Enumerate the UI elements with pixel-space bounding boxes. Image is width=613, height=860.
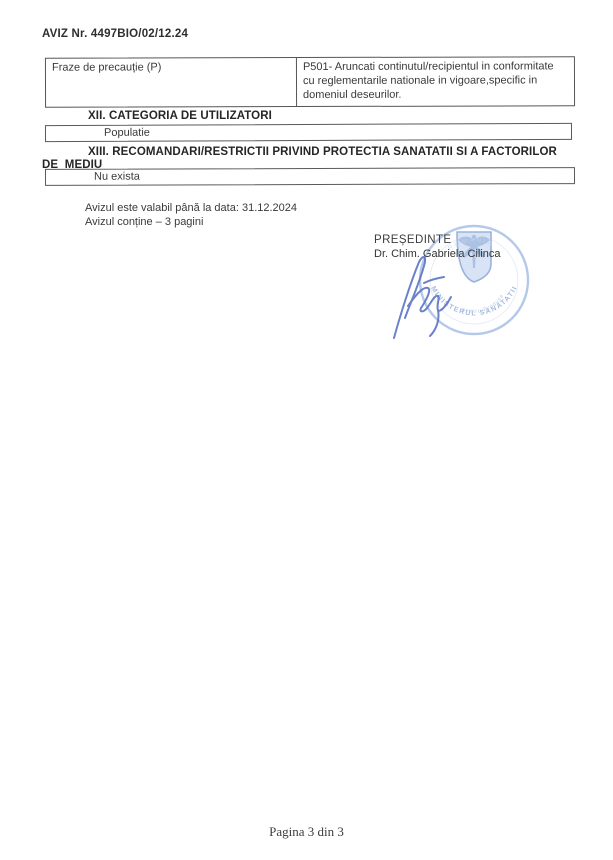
section-13-heading-line1: XIII. RECOMANDARI/RESTRICTII PRIVIND PRO… — [42, 146, 582, 158]
scanned-document-page: AVIZ Nr. 4497BIO/02/12.24 Fraze de preca… — [0, 0, 613, 860]
document-title: AVIZ Nr. 4497BIO/02/12.24 — [42, 28, 188, 40]
section-12-heading: XII. CATEGORIA DE UTILIZATORI — [88, 110, 272, 122]
page-footer: Pagina 3 din 3 — [0, 824, 613, 840]
handwritten-signature-icon — [388, 250, 468, 342]
section-13-value: Nu exista — [46, 168, 574, 185]
validity-note: Avizul este valabil până la data: 31.12.… — [85, 202, 297, 214]
section-12-value: Populatie — [46, 124, 571, 141]
precaution-table: Fraze de precauție (P) P501- Aruncati co… — [45, 56, 575, 107]
precaution-table-label-cell: Fraze de precauție (P) — [46, 58, 297, 107]
section-13-value-box: Nu exista — [45, 167, 575, 186]
precaution-table-value-cell: P501- Aruncati continutul/recipientul in… — [297, 57, 574, 106]
signer-role: PREȘEDINTE — [374, 234, 501, 246]
section-12-value-box: Populatie — [45, 123, 572, 142]
pages-note: Avizul conține – 3 pagini — [85, 216, 203, 228]
